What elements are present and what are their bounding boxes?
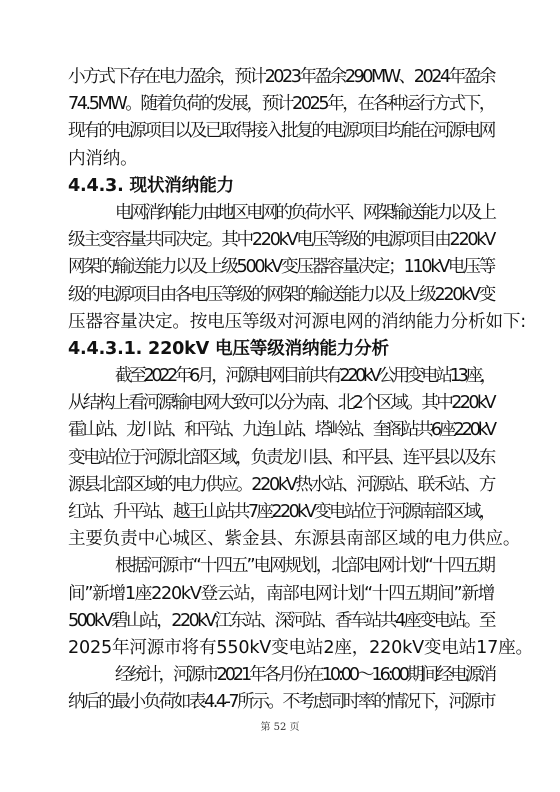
paragraph-line: 根据河源市“十四五”电网规划，北部电网计划“十四五期 [68, 553, 494, 580]
paragraph-line: 经统计，河源市2021年各月份在10:00～16:00期间经电源消 [68, 662, 494, 689]
paragraph-line: 压器容量决定。按电压等级对河源电网的消纳能力分析如下: [68, 309, 494, 336]
paragraph-line: 小方式下存在电力盈余，预计2023年盈余290MW、2024年盈余 [68, 64, 494, 91]
paragraph-line: 电网消纳能力由地区电网的负荷水平、网架输送能力以及上 [68, 200, 494, 227]
paragraph-line: 级的电源项目由各电压等级的网架的输送能力以及上级220kV变 [68, 282, 494, 309]
paragraph-line: 截至2022年6月，河源电网目前共有220kV公用变电站13座， [68, 363, 494, 390]
paragraph-line: 纳后的最小负荷如表4.4-7所示。不考虑同时率的情况下，河源市 [68, 689, 494, 716]
paragraph-line: 网架的输送能力以及上级500kV变压器容量决定；110kV电压等 [68, 254, 494, 281]
paragraph-line: 变电站位于河源北部区域，负责龙川县、和平县、连平县以及东 [68, 445, 494, 472]
section-heading: 4.4.3. 现状消纳能力 [68, 173, 494, 200]
paragraph-line: 从结构上看河源输电网大致可以分为南、北2个区域。其中220kV [68, 390, 494, 417]
subsection-heading: 4.4.3.1. 220kV 电压等级消纳能力分析 [68, 336, 494, 363]
paragraph-line: 74.5MW。随着负荷的发展，预计2025年，在各种运行方式下， [68, 91, 494, 118]
paragraph-line: 主要负责中心城区、紫金县、东源县南部区域的电力供应。 [68, 526, 494, 553]
paragraph-line: 现有的电源项目以及已取得接入批复的电源项目均能在河源电网 [68, 118, 494, 145]
paragraph-line: 间”新增1座220kV登云站，南部电网计划“十四五期间”新增 [68, 581, 494, 608]
paragraph-line: 500kV碧山站，220kV江东站、深河站、香车站共4座变电站。至 [68, 608, 494, 635]
paragraph-line: 内消纳。 [68, 146, 494, 173]
paragraph-line: 霍山站、龙川站、和平站、九连山站、塔岭站、奎阁站共6座220kV [68, 417, 494, 444]
paragraph-line: 2025年河源市将有550kV变电站2座，220kV变电站17座。 [68, 635, 494, 662]
page-number: 第 52 页 [0, 718, 560, 733]
paragraph-line: 源县北部区域的电力供应。220kV热水站、河源站、联禾站、方 [68, 472, 494, 499]
paragraph-line: 级主变容量共同决定。其中220kV电压等级的电源项目由220kV [68, 227, 494, 254]
document-page: 小方式下存在电力盈余，预计2023年盈余290MW、2024年盈余 74.5MW… [68, 64, 494, 717]
paragraph-line: 红站、升平站、越王山站共7座220kV变电站位于河源南部区域， [68, 499, 494, 526]
